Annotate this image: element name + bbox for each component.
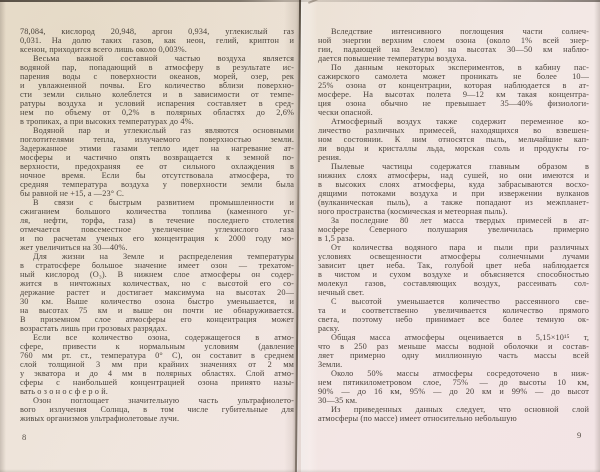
text-line: сажирского самолета может проникать не б…	[318, 72, 589, 81]
text-line: сжиганием большого количества топлива (к…	[20, 207, 294, 216]
text-line: личество различных примесей, находящихся…	[318, 126, 589, 135]
text-line: ция озона обычно не превышает 35—40% физ…	[318, 99, 589, 108]
text-line: Вследствие интенсивного поглощения части…	[318, 27, 589, 36]
text-line: вого излучения Солнца, в том числе губит…	[20, 405, 294, 414]
paragraph: По данным некоторых экспериментов, в каб…	[318, 63, 589, 117]
scan-edge-right	[594, 0, 600, 472]
text-line: на высотах 75 км и выше он почти не обна…	[20, 306, 294, 315]
text-line: мосфере Северного полушария увеличилась …	[318, 225, 589, 234]
text-line: По данным некоторых экспериментов, в каб…	[318, 63, 589, 72]
text-line: ксенон, приходится всего лишь около 0,00…	[20, 45, 294, 54]
text-line: и по расчетам ученых его концентрация к …	[20, 234, 294, 243]
text-line: верхности, предохраняя ее от сильного ох…	[20, 162, 294, 171]
text-line: у экватора и до 4 мм в полярных областях…	[20, 369, 294, 378]
text-line: в высоких слоях атмосферы, куда забрасыв…	[318, 180, 589, 189]
text-line: возрастать лишь при грозовых разрядах.	[20, 324, 294, 333]
paragraph: За последние 80 лет масса твердых примес…	[318, 216, 589, 243]
paragraph: В связи с быстрым развитием промышленнос…	[20, 198, 294, 252]
text-line: рения.	[318, 153, 589, 162]
paragraph: 78,084, кислород 20,948, аргон 0,934, уг…	[20, 27, 294, 54]
text-line: ного пространства (космическая и метеорн…	[318, 207, 589, 216]
text-line: в тропиках, а при высоких температурах д…	[20, 117, 294, 126]
page-left-text: 78,084, кислород 20,948, аргон 0,934, уг…	[20, 27, 294, 423]
text-line: Земли.	[318, 360, 589, 369]
paragraph: Водяной пар и углекислый газ являются ос…	[20, 126, 294, 198]
text-line: 90% — до 16 км, 95% — до 20 км и 99% — д…	[318, 387, 589, 396]
text-line: отмечается повсеместное увеличение углек…	[20, 225, 294, 234]
text-line: что в 250 раз меньше массы водной оболоч…	[318, 342, 589, 351]
text-line: та и соответственно увеличивается количе…	[318, 306, 589, 315]
text-line: ратуры воздуха и условий испарения соста…	[20, 99, 294, 108]
text-line: Общая масса атмосферы оценивается в 5,15…	[318, 333, 589, 342]
paragraph: Из приведенных данных следует, что основ…	[318, 405, 589, 423]
text-line: водяной пар, попадающий в атмосферу в ре…	[20, 63, 294, 72]
text-line: 0,031. На долю таких газов, как неон, ге…	[20, 36, 294, 45]
text-line: живых организмов ультрафиолетовые лучи.	[20, 414, 294, 423]
text-line: жится в ничтожных количествах, но с высо…	[20, 279, 294, 288]
text-line: мосферы и частично опять возвращается к …	[20, 153, 294, 162]
text-line: в стратосфере большое значение имеет озо…	[20, 261, 294, 270]
text-line: средняя температура воздуха у поверхност…	[20, 180, 294, 189]
text-line: мосфере. На высотах полета 9—12 км такая…	[318, 90, 589, 99]
text-line: Если все количество озона, содержащегося…	[20, 333, 294, 342]
text-line: Около 50% массы атмосферы сосредоточено …	[318, 369, 589, 378]
text-line: От количества водяного пара и пыли при р…	[318, 243, 589, 252]
paragraph: С высотой уменьшается количество рассеян…	[318, 297, 589, 333]
scan-edge-top	[0, 0, 600, 2]
text-line: 30 км. Выше количество озона быстро умен…	[20, 297, 294, 306]
text-line: бы равной не +15, а —23° С.	[20, 189, 294, 198]
text-line: нем пятикилометровом слое, 75% — до высо…	[318, 378, 589, 387]
text-line: Для жизни на Земле и распределения темпе…	[20, 252, 294, 261]
scan-edge-left	[0, 0, 6, 472]
text-line: нечный свет.	[318, 288, 589, 297]
paragraph: От количества водяного пара и пыли при р…	[318, 243, 589, 297]
page-right-text: Вследствие интенсивного поглощения части…	[318, 27, 589, 423]
book-gutter-highlight	[301, 0, 318, 472]
text-line: В приземном слое атмосферы его концентра…	[20, 315, 294, 324]
paragraph: Для жизни на Земле и распределения темпе…	[20, 252, 294, 333]
paragraph: Общая масса атмосферы оценивается в 5,15…	[318, 333, 589, 369]
paragraph: Пылевые частицы содержатся главным образ…	[318, 162, 589, 216]
text-line: 78,084, кислород 20,948, аргон 0,934, уг…	[20, 27, 294, 36]
text-line: и увлажненной почвы. Его количество вбли…	[20, 81, 294, 90]
text-line: В связи с быстрым развитием промышленнос…	[20, 198, 294, 207]
text-line: ляет примерно одну миллионную часть масс…	[318, 351, 589, 360]
text-line: гии, падающей на Землю) на высотах 30—50…	[318, 45, 589, 54]
text-line: жет увеличиться на 30—40%.	[20, 243, 294, 252]
text-line: Задержанное этими газами тепло идет на н…	[20, 144, 294, 153]
page-number-left: 8	[22, 432, 26, 442]
text-line: чески опасной.	[318, 108, 589, 117]
text-line: атмосферы (по массе) имеет относительно …	[318, 414, 589, 423]
text-line: молекул газов, составляющих воздух, расс…	[318, 279, 589, 288]
text-line: света, поэтому небо принимает все более …	[318, 315, 589, 324]
paragraph: Атмосферный воздух также содержит переме…	[318, 117, 589, 162]
text-line: раску.	[318, 324, 589, 333]
text-line: условиях освещенности атмосферы солнечны…	[318, 252, 589, 261]
text-line: (вулканическая пыль), а также попадают и…	[318, 198, 589, 207]
text-line: Весьма важной составной частью воздуха я…	[20, 54, 294, 63]
text-line: слой толщиной 3 мм при крайних значениях…	[20, 360, 294, 369]
text-line: Водяной пар и углекислый газ являются ос…	[20, 126, 294, 135]
text-line: сфере, привести к нормальным условиям (д…	[20, 342, 294, 351]
paragraph: Вследствие интенсивного поглощения части…	[318, 27, 589, 63]
paragraph: Около 50% массы атмосферы сосредоточено …	[318, 369, 589, 405]
text-line: вать о з о н о с ф е р о й.	[20, 387, 294, 396]
text-line: держание растет и достигает максимума на…	[20, 288, 294, 297]
text-line: 760 мм рт. ст., температура 0° С), он со…	[20, 351, 294, 360]
text-line: сти земли сильно колеблется и в зависимо…	[20, 90, 294, 99]
text-line: С высотой уменьшается количество рассеян…	[318, 297, 589, 306]
text-line: нижних слоях атмосферы, над сушей, но он…	[318, 171, 589, 180]
paragraph: Если все количество озона, содержащегося…	[20, 333, 294, 396]
text-line: дается повышение температуры воздуха.	[318, 54, 589, 63]
text-line: ночное время. Если бы отсутствовала атмо…	[20, 171, 294, 180]
text-line: ном состоянии. К ним относятся пыль, мел…	[318, 135, 589, 144]
text-line: ли воды и кристаллы льда, морская соль и…	[318, 144, 589, 153]
text-line: За последние 80 лет масса твердых примес…	[318, 216, 589, 225]
page-number-right: 9	[577, 430, 581, 440]
text-line: ной энергии верхним слоем озона (около 1…	[318, 36, 589, 45]
text-line: нем по объему от 0,2% в полярных областя…	[20, 108, 294, 117]
text-line: Озон поглощает значительную часть ультра…	[20, 396, 294, 405]
text-line: 25% озона от концентрации, которая наблю…	[318, 81, 589, 90]
text-line: ный кислород (О₃). В нижнем слое атмосфе…	[20, 270, 294, 279]
text-line: Из приведенных данных следует, что основ…	[318, 405, 589, 414]
paragraph: Весьма важной составной частью воздуха я…	[20, 54, 294, 126]
text-line: в 1,5 раза.	[318, 234, 589, 243]
text-line: сферы с наибольшей концентрацией озона п…	[20, 378, 294, 387]
text-line: поглотителями тепла, излучаемого поверхн…	[20, 135, 294, 144]
text-line: Пылевые частицы содержатся главным образ…	[318, 162, 589, 171]
text-line: в чистом и сухом воздухе и объясняется с…	[318, 270, 589, 279]
text-line: зависит цвет неба. Так, голубой цвет неб…	[318, 261, 589, 270]
text-line: парения воды с поверхности океанов, море…	[20, 72, 294, 81]
text-line: ля, нефти, торфа, газа) в течение послед…	[20, 216, 294, 225]
text-line: дящими потоками воздуха и при извержении…	[318, 189, 589, 198]
book-scan: 78,084, кислород 20,948, аргон 0,934, уг…	[0, 0, 600, 472]
text-line: Атмосферный воздух также содержит переме…	[318, 117, 589, 126]
text-line: 30—35 км.	[318, 396, 589, 405]
paragraph: Озон поглощает значительную часть ультра…	[20, 396, 294, 423]
